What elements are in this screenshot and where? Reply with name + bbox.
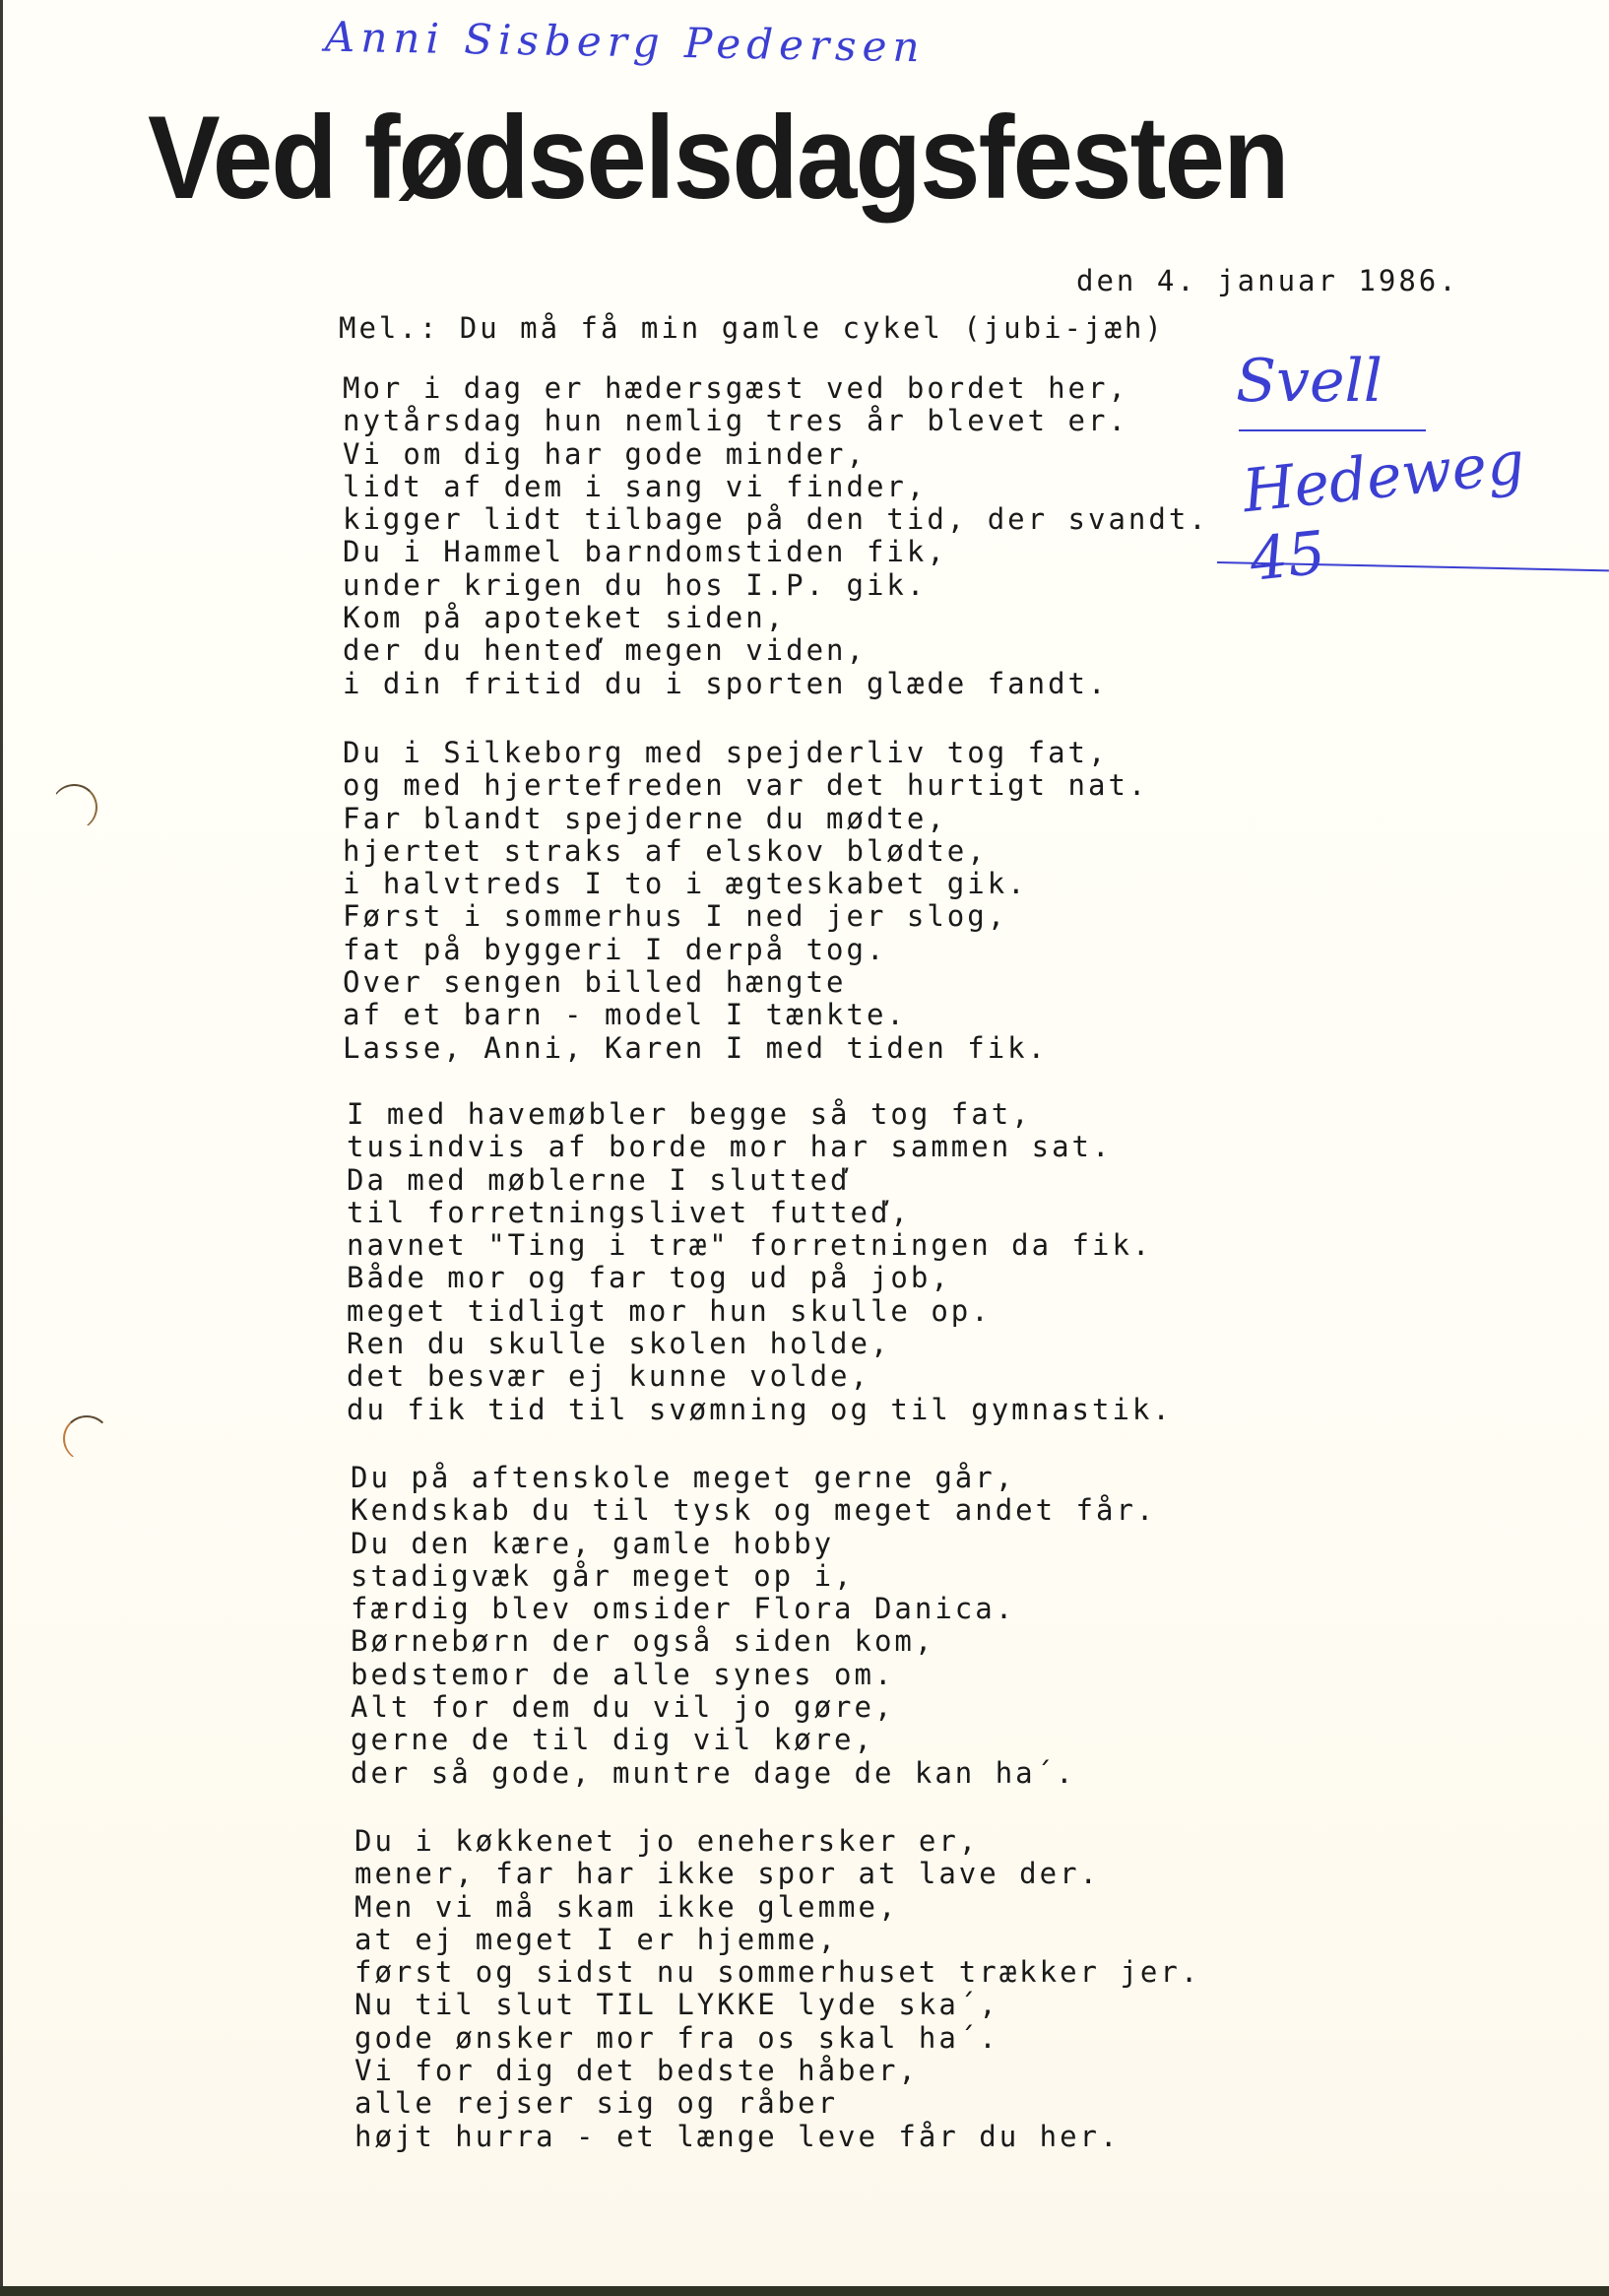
lyric-line: navnet "Ting i træ" forretningen da fik. — [347, 1229, 1173, 1262]
lyric-line: hjertet straks af elskov blødte, — [343, 835, 1148, 868]
lyric-line: i halvtreds I to i ægteskabet gik. — [343, 868, 1148, 900]
lyric-line: I med havemøbler begge så tog fat, — [347, 1098, 1173, 1131]
handwritten-name: Anni Sisberg Pedersen — [325, 13, 926, 72]
lyric-line: der du henteď megen viden, — [343, 634, 1209, 667]
page-title: Ved fødselsdagsfesten — [148, 98, 1362, 217]
scanned-page: Anni Sisberg Pedersen Ved fødselsdagsfes… — [0, 0, 1609, 2296]
lyric-line: til forretningslivet futteď, — [347, 1197, 1173, 1229]
lyric-line: alle rejser sig og råber — [354, 2087, 1200, 2120]
stanza-2: Du i Silkeborg med spejderliv tog fat,og… — [343, 737, 1148, 1065]
lyric-line: Både mor og far tog ud på job, — [347, 1262, 1173, 1294]
stanza-1: Mor i dag er hædersgæst ved bordet her,n… — [343, 372, 1209, 700]
lyric-line: Du den kære, gamle hobby — [351, 1528, 1156, 1560]
lyric-line: der så gode, muntre dage de kan ha´. — [351, 1757, 1156, 1790]
lyric-line: kigger lidt tilbage på den tid, der svan… — [343, 503, 1209, 536]
lyric-line: det besvær ej kunne volde, — [347, 1360, 1173, 1393]
lyric-line: bedstemor de alle synes om. — [351, 1659, 1156, 1691]
stanza-5: Du i køkkenet jo enehersker er,mener, fa… — [354, 1825, 1200, 2153]
lyric-line: Da med møblerne I slutteď — [347, 1164, 1173, 1197]
lyric-line: Far blandt spejderne du mødte, — [343, 803, 1148, 835]
margin-note-underline — [1239, 429, 1426, 431]
punch-hole-icon — [51, 784, 97, 830]
punch-hole-icon — [63, 1415, 110, 1462]
lyric-line: mener, far har ikke spor at lave der. — [354, 1858, 1200, 1890]
lyric-line: Nu til slut TIL LYKKE lyde ska´, — [354, 1989, 1200, 2021]
lyric-line: nytårsdag hun nemlig tres år blevet er. — [343, 405, 1209, 437]
lyric-line: Mor i dag er hædersgæst ved bordet her, — [343, 372, 1209, 405]
lyric-line: først og sidst nu sommerhuset trækker je… — [354, 1956, 1200, 1989]
lyric-line: Først i sommerhus I ned jer slog, — [343, 900, 1148, 933]
lyric-line: Du i køkkenet jo enehersker er, — [354, 1825, 1200, 1858]
date-line: den 4. januar 1986. — [1076, 264, 1459, 297]
lyric-line: Vi om dig har gode minder, — [343, 438, 1209, 471]
margin-note-line1: Svell — [1236, 347, 1383, 416]
lyric-line: Alt for dem du vil jo gøre, — [351, 1691, 1156, 1724]
lyric-line: stadigvæk går meget op i, — [351, 1560, 1156, 1593]
lyric-line: højt hurra - et længe leve får du her. — [354, 2121, 1200, 2153]
lyric-line: gode ønsker mor fra os skal ha´. — [354, 2022, 1200, 2055]
lyric-line: tusindvis af borde mor har sammen sat. — [347, 1131, 1173, 1163]
lyric-line: Over sengen billed hængte — [343, 966, 1148, 999]
lyric-line: under krigen du hos I.P. gik. — [343, 569, 1209, 602]
stanza-3: I med havemøbler begge så tog fat,tusind… — [347, 1098, 1173, 1426]
page-left-edge — [0, 0, 3, 2296]
lyric-line: lidt af dem i sang vi finder, — [343, 471, 1209, 503]
melody-line: Mel.: Du må få min gamle cykel (jubi-jæh… — [339, 311, 1165, 345]
lyric-line: meget tidligt mor hun skulle op. — [347, 1295, 1173, 1328]
lyric-line: Kom på apoteket siden, — [343, 602, 1209, 634]
lyric-line: fat på byggeri I derpå tog. — [343, 934, 1148, 966]
lyric-line: Du i Hammel barndomstiden fik, — [343, 536, 1209, 568]
stanza-4: Du på aftenskole meget gerne går,Kendska… — [351, 1462, 1156, 1790]
lyric-line: Ren du skulle skolen holde, — [347, 1328, 1173, 1360]
lyric-line: af et barn - model I tænkte. — [343, 999, 1148, 1031]
lyric-line: Du i Silkeborg med spejderliv tog fat, — [343, 737, 1148, 769]
lyric-line: færdig blev omsider Flora Danica. — [351, 1593, 1156, 1625]
lyric-line: at ej meget I er hjemme, — [354, 1924, 1200, 1956]
lyric-line: Kendskab du til tysk og meget andet får. — [351, 1494, 1156, 1527]
lyric-line: i din fritid du i sporten glæde fandt. — [343, 668, 1209, 700]
lyric-line: Du på aftenskole meget gerne går, — [351, 1462, 1156, 1494]
lyric-line: Lasse, Anni, Karen I med tiden fik. — [343, 1032, 1148, 1065]
lyric-line: Vi for dig det bedste håber, — [354, 2055, 1200, 2087]
lyric-line: Men vi må skam ikke glemme, — [354, 1891, 1200, 1924]
lyric-line: gerne de til dig vil køre, — [351, 1724, 1156, 1756]
lyric-line: du fik tid til svømning og til gymnastik… — [347, 1394, 1173, 1426]
page-bottom-edge — [0, 2286, 1609, 2296]
lyric-line: og med hjertefreden var det hurtigt nat. — [343, 769, 1148, 802]
lyric-line: Børnebørn der også siden kom, — [351, 1625, 1156, 1658]
